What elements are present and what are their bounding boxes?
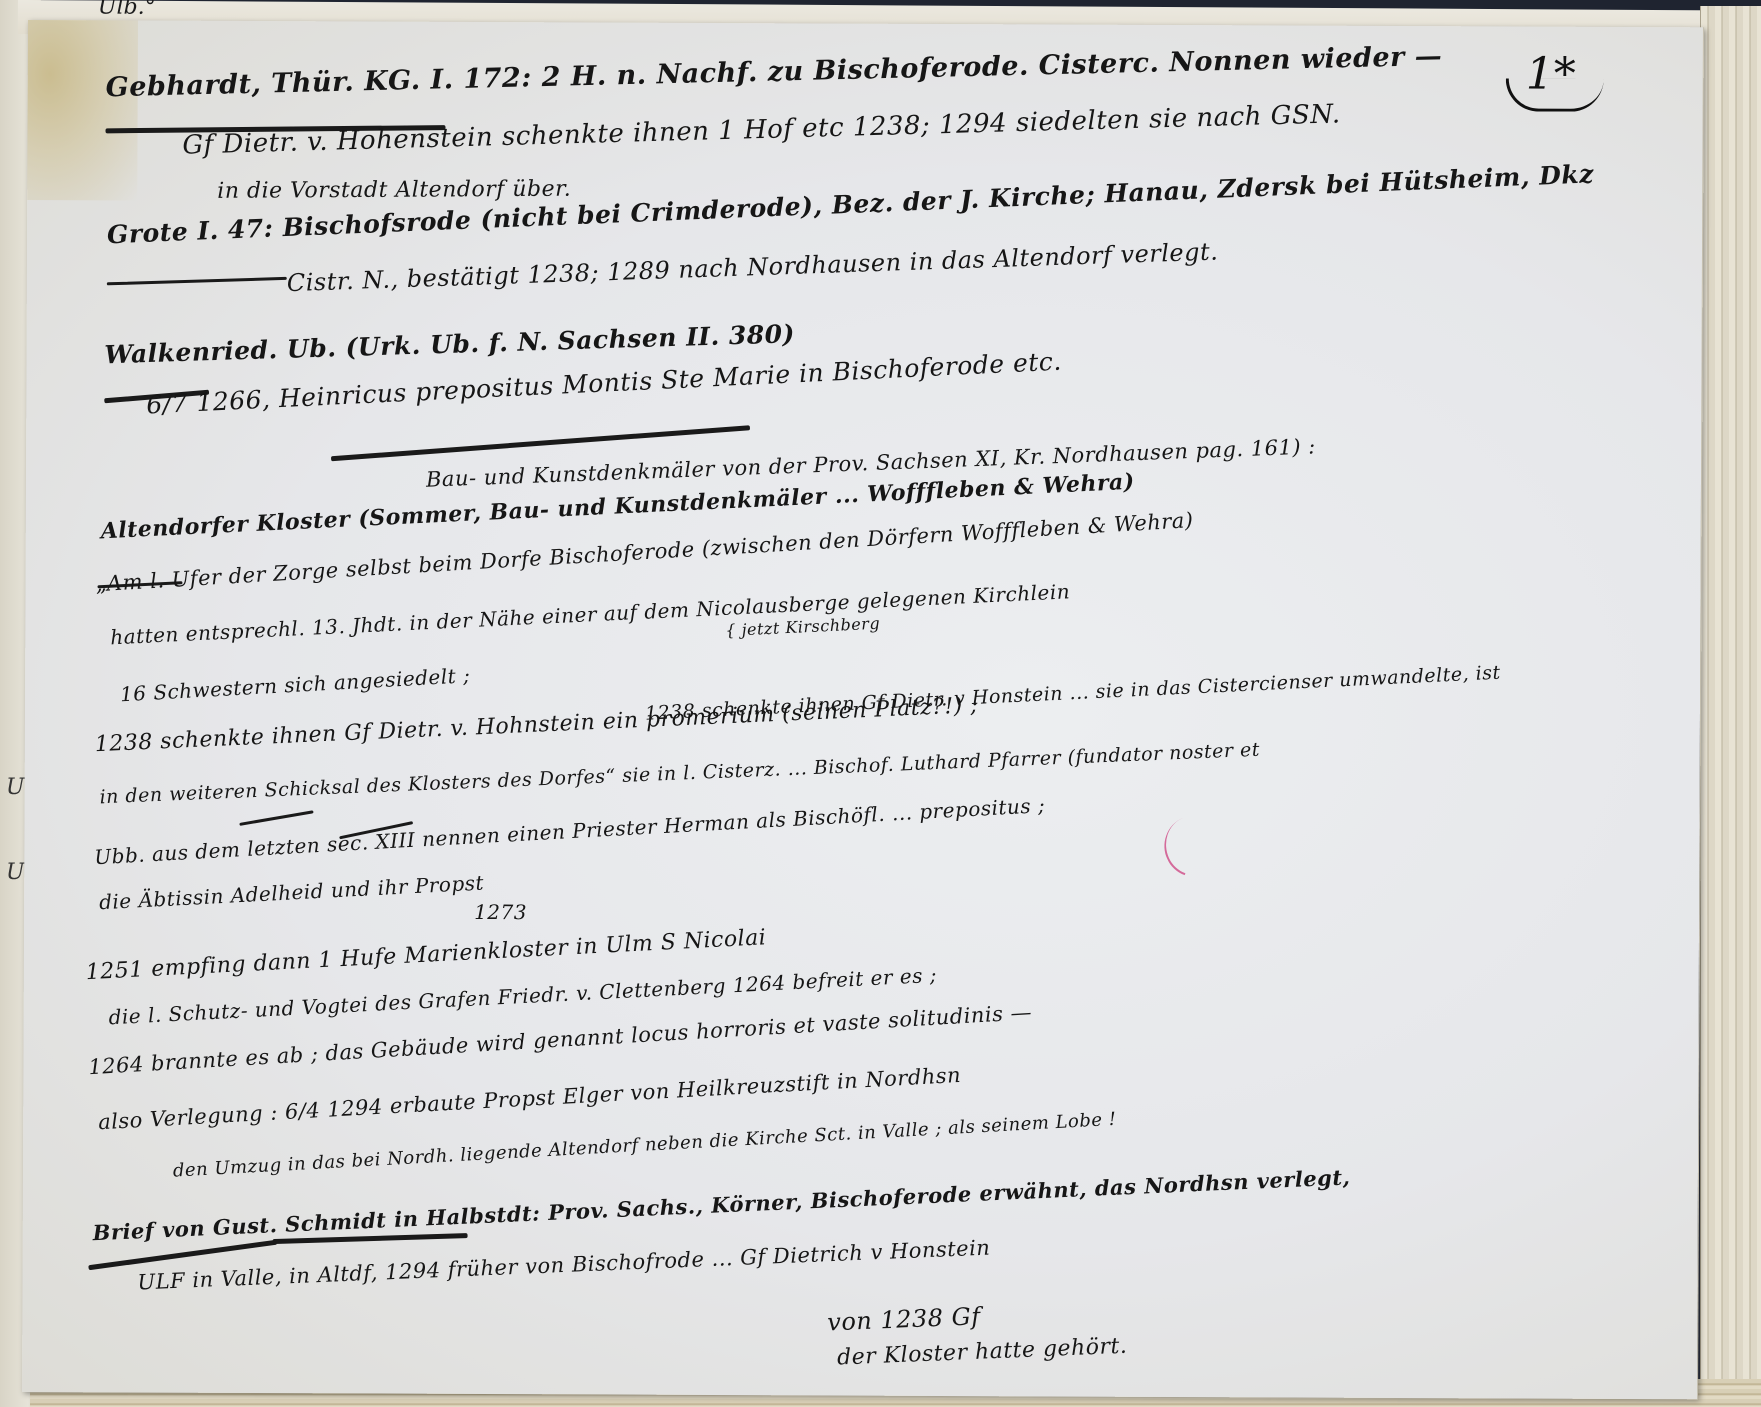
entry-line: 16 Schwestern sich angesiedelt ; [119, 663, 470, 706]
emphasis-underline [239, 810, 313, 826]
page-number-marker: 1* [1526, 49, 1576, 100]
emphasis-underline [331, 425, 750, 461]
entry-line: von 1238 Gf [827, 1302, 981, 1336]
entry-line: Grote I. 47: Bischofsrode (nicht bei Cri… [106, 159, 1594, 249]
entry-line: in die Vorstadt Altendorf über. [217, 177, 571, 204]
entry-line: der Kloster hatte gehört. [837, 1334, 1128, 1371]
corner-note: Ulb.° [98, 0, 156, 20]
water-stain [27, 20, 138, 200]
heading-underline [107, 277, 287, 285]
entry-line: 1238 schenkte ihnen Gf Dietr. v Honstein… [644, 662, 1501, 725]
entry-line: Brief von Gust. Schmidt in Halbstdt: Pro… [92, 1164, 1351, 1245]
entry-line: die Äbtissin Adelheid und ihr Propst [99, 871, 485, 915]
entry-line: Walkenried. Ub. (Urk. Ub. f. N. Sachsen … [104, 319, 795, 369]
manuscript-page: 1* Gebhardt, Thür. KG. I. 172: 2 H. n. N… [22, 20, 1704, 1399]
margin-fragment: U [6, 860, 25, 885]
page-stack-right-edge [1700, 6, 1761, 1406]
entry-line: Gf Dietr. v. Hohenstein schenkte ihnen 1… [182, 99, 1341, 160]
entry-line: Gebhardt, Thür. KG. I. 172: 2 H. n. Nach… [105, 41, 1442, 103]
entry-line: Ubb. aus dem letzten sec. XIII nennen ei… [94, 793, 1046, 869]
page-number-circle [1506, 78, 1604, 111]
entry-line: hatten entsprechl. 13. Jhdt. in der Nähe… [110, 579, 1071, 649]
entry-year: 1273 [474, 900, 527, 924]
pink-pencil-mark [1154, 805, 1236, 887]
entry-line: Cistr. N., bestätigt 1238; 1289 nach Nor… [286, 237, 1218, 297]
